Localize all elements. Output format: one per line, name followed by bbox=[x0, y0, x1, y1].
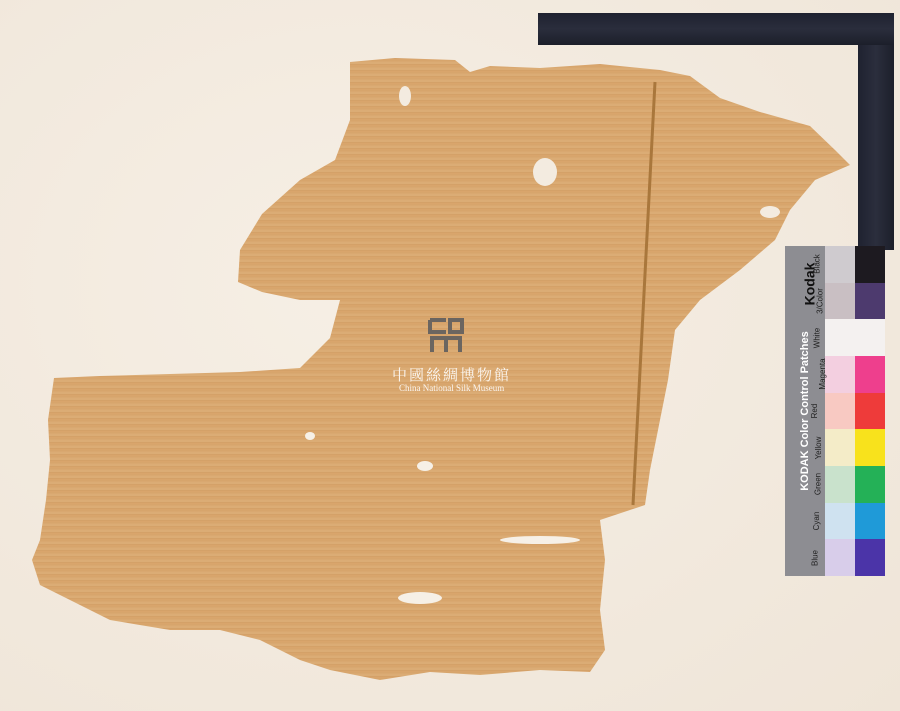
patch-light bbox=[825, 466, 855, 503]
patch-light bbox=[825, 393, 855, 430]
patch-dark bbox=[855, 356, 885, 393]
patch-dark bbox=[855, 466, 885, 503]
patch-label: Blue bbox=[811, 550, 820, 566]
color-patch-white: White bbox=[825, 319, 885, 356]
silk-fragment bbox=[0, 0, 900, 711]
color-patch-green: Green bbox=[825, 466, 885, 503]
patch-dark bbox=[855, 429, 885, 466]
patch-label: Red bbox=[810, 404, 819, 419]
color-patch-3color: 3/Color bbox=[825, 283, 885, 320]
patch-dark bbox=[855, 319, 885, 356]
patch-label: Green bbox=[814, 473, 823, 495]
patch-label: Yellow bbox=[814, 436, 823, 459]
patch-light bbox=[825, 503, 855, 540]
color-patch-yellow: Yellow bbox=[825, 429, 885, 466]
patch-light bbox=[825, 319, 855, 356]
watermark-chinese: 中國絲綢博物館 bbox=[392, 364, 511, 385]
patch-label: 3/Color bbox=[815, 288, 824, 314]
patch-light bbox=[825, 429, 855, 466]
watermark-english: China National Silk Museum bbox=[399, 383, 504, 393]
patch-dark bbox=[855, 393, 885, 430]
patch-dark bbox=[855, 539, 885, 576]
patch-light bbox=[825, 356, 855, 393]
patch-dark bbox=[855, 503, 885, 540]
patch-light bbox=[825, 539, 855, 576]
color-patch-magenta: Magenta bbox=[825, 356, 885, 393]
museum-logo-icon bbox=[428, 316, 464, 354]
patch-light bbox=[825, 283, 855, 320]
patch-light bbox=[825, 246, 855, 283]
patch-dark bbox=[855, 283, 885, 320]
patch-label: Black bbox=[812, 255, 821, 275]
patch-dark bbox=[855, 246, 885, 283]
color-patch-blue: Blue bbox=[825, 539, 885, 576]
patch-label: Magenta bbox=[818, 359, 827, 390]
color-patch-black: Black bbox=[825, 246, 885, 283]
patch-label: White bbox=[813, 327, 822, 347]
color-patch-cyan: Cyan bbox=[825, 503, 885, 540]
patch-label: Cyan bbox=[812, 512, 821, 531]
color-patch-red: Red bbox=[825, 393, 885, 430]
color-patches: Black3/ColorWhiteMagentaRedYellowGreenCy… bbox=[825, 246, 885, 576]
kodak-color-chart: KODAK Color Control Patches Kodak Black3… bbox=[785, 246, 885, 576]
